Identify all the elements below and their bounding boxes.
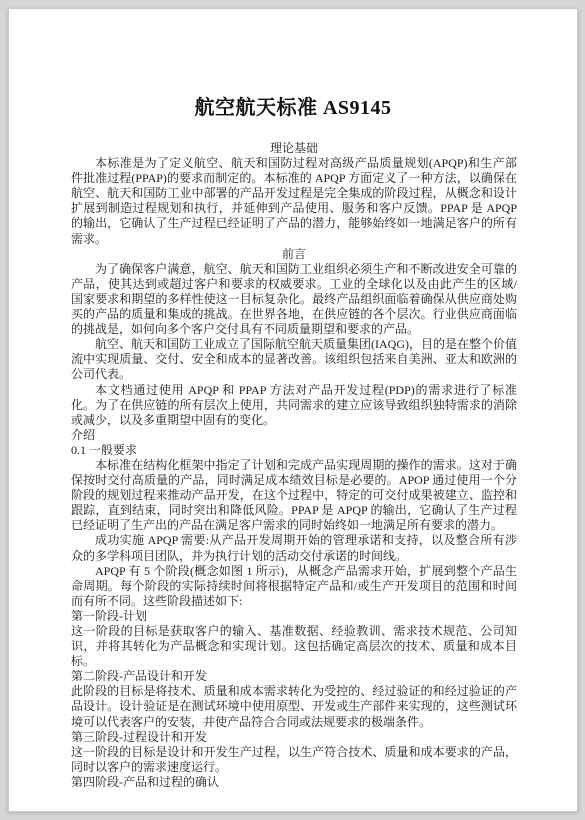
label-introduction: 介绍 bbox=[71, 428, 517, 443]
para-successful-implementation: 成功实施 APQP 需要:从产品开发周期开始的管理承诺和支持，以及整合所有涉众的… bbox=[71, 533, 517, 563]
para-customer-satisfaction: 为了确保客户满意，航空、航天和国防工业组织必须生产和不断改进安全可靠的产品，使其… bbox=[71, 262, 517, 337]
para-structured-framework: 本标准在结构化框架中指定了计划和完成产品实现周期的操作的需求。这对于确保按时交付… bbox=[71, 458, 517, 533]
label-phase2-product-design: 第二阶段-产品设计和开发 bbox=[71, 669, 517, 684]
label-phase4-validation: 第四阶段-产品和过程的确认 bbox=[71, 775, 517, 790]
para-phase1-goal: 这一阶段的目标是获取客户的输入、基准数据、经验教训、需求技术规范、公司知识，并将… bbox=[71, 624, 517, 669]
para-five-phases: APQP 有 5 个阶段(概念如图 1 所示)，从概念产品需求开始，扩展到整个产… bbox=[71, 564, 517, 609]
page-title: 航空航天标准 AS9145 bbox=[9, 95, 577, 122]
label-phase3-process-design: 第三阶段-过程设计和开发 bbox=[71, 730, 517, 745]
para-phase3-goal: 这一阶段的目标是设计和开发生产过程，以生产符合技术、质量和成本要求的产品，同时以… bbox=[71, 745, 517, 775]
para-iaqg-founding: 航空、航天和国防工业成立了国际航空航天质量集团(IAQG)，目的是在整个价值流中… bbox=[71, 337, 517, 382]
label-general-requirements: 0.1 一般要求 bbox=[71, 443, 517, 458]
para-pdp-standardization: 本文档通过使用 APQP 和 PPAP 方法对产品开发过程(PDP)的需求进行了… bbox=[71, 383, 517, 428]
document-viewer: 航空航天标准 AS9145 理论基础 本标准是为了定义航空、航天和国防过程对高级… bbox=[0, 0, 585, 820]
document-page: 航空航天标准 AS9145 理论基础 本标准是为了定义航空、航天和国防过程对高级… bbox=[8, 8, 578, 812]
label-phase1-planning: 第一阶段-计划 bbox=[71, 609, 517, 624]
para-phase2-goal: 此阶段的目标是将技术、质量和成本需求转化为受控的、经过验证的和经过验证的产品设计… bbox=[71, 684, 517, 729]
heading-theory-basis: 理论基础 bbox=[71, 141, 517, 156]
heading-foreword: 前言 bbox=[71, 247, 517, 262]
document-body: 理论基础 本标准是为了定义航空、航天和国防过程对高级产品质量规划(APQP)和生… bbox=[9, 141, 577, 790]
para-standard-purpose: 本标准是为了定义航空、航天和国防过程对高级产品质量规划(APQP)和生产部件批准… bbox=[71, 156, 517, 247]
